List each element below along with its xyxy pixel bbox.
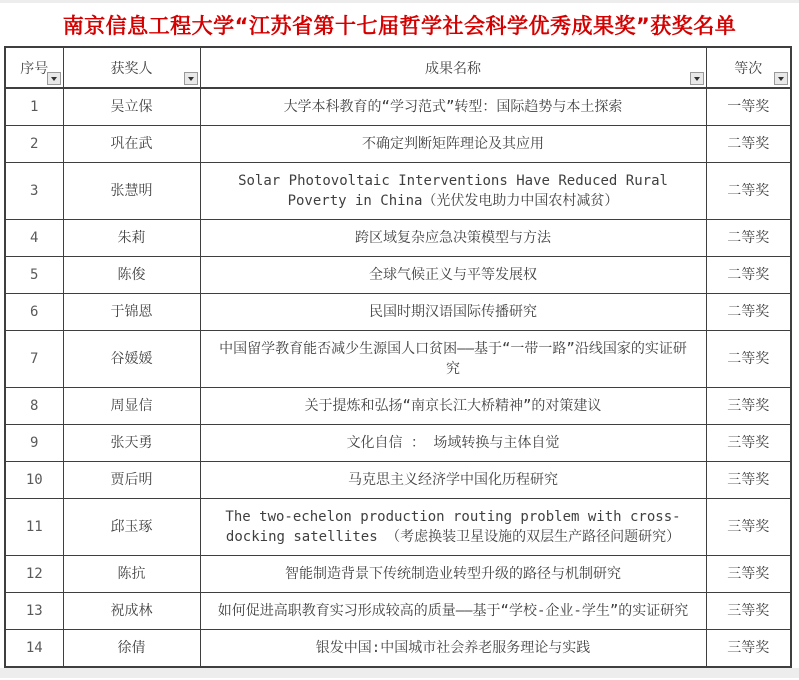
serial-cell: 11 [5,499,63,556]
achievement-cell: 马克思主义经济学中国化历程研究 [200,462,706,499]
winner-cell: 贾后明 [63,462,200,499]
serial-cell: 8 [5,388,63,425]
column-header-achievement-label: 成果名称 [425,61,481,77]
achievement-cell: 银发中国:中国城市社会养老服务理论与实践 [200,630,706,668]
filter-dropdown-button-achievement[interactable] [690,72,704,85]
table-row: 14 徐倩 银发中国:中国城市社会养老服务理论与实践 三等奖 [5,630,791,668]
achievement-cell: 文化自信 ： 场域转换与主体自觉 [200,425,706,462]
grade-cell: 三等奖 [706,462,791,499]
table-row: 2 巩在武 不确定判断矩阵理论及其应用 二等奖 [5,126,791,163]
winner-cell: 陈俊 [63,257,200,294]
winner-cell: 邱玉琢 [63,499,200,556]
grade-cell: 一等奖 [706,88,791,126]
grade-cell: 三等奖 [706,630,791,668]
table-row: 6 于锦恩 民国时期汉语国际传播研究 二等奖 [5,294,791,331]
achievement-cell: 智能制造背景下传统制造业转型升级的路径与机制研究 [200,556,706,593]
grade-cell: 二等奖 [706,257,791,294]
grade-cell: 二等奖 [706,220,791,257]
table-row: 10 贾后明 马克思主义经济学中国化历程研究 三等奖 [5,462,791,499]
serial-cell: 5 [5,257,63,294]
table-row: 1 吴立保 大学本科教育的“学习范式”转型：国际趋势与本土探索 一等奖 [5,88,791,126]
table-row: 7 谷媛媛 中国留学教育能否减少生源国人口贫困——基于“一带一路”沿线国家的实证… [5,331,791,388]
filter-dropdown-button-winner[interactable] [184,72,198,85]
serial-cell: 7 [5,331,63,388]
column-header-winner-label: 获奖人 [111,61,153,77]
column-header-grade-label: 等次 [734,61,762,77]
winner-cell: 徐倩 [63,630,200,668]
serial-cell: 4 [5,220,63,257]
winner-cell: 吴立保 [63,88,200,126]
achievement-cell: The two-echelon production routing probl… [200,499,706,556]
grade-cell: 二等奖 [706,294,791,331]
winner-cell: 谷媛媛 [63,331,200,388]
table-row: 3 张慧明 Solar Photovoltaic Interventions H… [5,163,791,220]
grade-cell: 三等奖 [706,593,791,630]
serial-cell: 13 [5,593,63,630]
winner-cell: 巩在武 [63,126,200,163]
winner-cell: 于锦恩 [63,294,200,331]
triangle-down-icon [51,77,57,81]
winner-cell: 张慧明 [63,163,200,220]
grade-cell: 二等奖 [706,331,791,388]
table-row: 11 邱玉琢 The two-echelon production routin… [5,499,791,556]
table-body: 1 吴立保 大学本科教育的“学习范式”转型：国际趋势与本土探索 一等奖 2 巩在… [5,88,791,667]
winner-cell: 祝成林 [63,593,200,630]
table-row: 8 周显信 关于提炼和弘扬“南京长江大桥精神”的对策建议 三等奖 [5,388,791,425]
achievement-cell: 大学本科教育的“学习范式”转型：国际趋势与本土探索 [200,88,706,126]
column-header-serial: 序号 [5,47,63,88]
grade-cell: 二等奖 [706,126,791,163]
page-title: 南京信息工程大学“江苏省第十七届哲学社会科学优秀成果奖”获奖名单 [63,10,737,40]
achievement-cell: 中国留学教育能否减少生源国人口贫困——基于“一带一路”沿线国家的实证研究 [200,331,706,388]
column-header-achievement: 成果名称 [200,47,706,88]
achievement-cell: 全球气候正义与平等发展权 [200,257,706,294]
serial-cell: 9 [5,425,63,462]
achievement-cell: 如何促进高职教育实习形成较高的质量——基于“学校-企业-学生”的实证研究 [200,593,706,630]
table-row: 4 朱莉 跨区域复杂应急决策模型与方法 二等奖 [5,220,791,257]
achievement-cell: 关于提炼和弘扬“南京长江大桥精神”的对策建议 [200,388,706,425]
serial-cell: 3 [5,163,63,220]
winner-cell: 周显信 [63,388,200,425]
achievement-cell: Solar Photovoltaic Interventions Have Re… [200,163,706,220]
serial-cell: 2 [5,126,63,163]
filter-dropdown-button-serial[interactable] [47,72,61,85]
serial-cell: 10 [5,462,63,499]
bottom-margin-strip [0,668,799,678]
filter-dropdown-button-grade[interactable] [774,72,788,85]
table-row: 9 张天勇 文化自信 ： 场域转换与主体自觉 三等奖 [5,425,791,462]
grade-cell: 三等奖 [706,499,791,556]
triangle-down-icon [778,77,784,81]
serial-cell: 1 [5,88,63,126]
table-row: 5 陈俊 全球气候正义与平等发展权 二等奖 [5,257,791,294]
title-bar: 南京信息工程大学“江苏省第十七届哲学社会科学优秀成果奖”获奖名单 [0,3,799,46]
awards-table: 序号 获奖人 成果名称 等次 1 吴立保 大学本科教育的“学习范式”转型：国际趋… [4,46,792,668]
triangle-down-icon [188,77,194,81]
achievement-cell: 不确定判断矩阵理论及其应用 [200,126,706,163]
table-row: 12 陈抗 智能制造背景下传统制造业转型升级的路径与机制研究 三等奖 [5,556,791,593]
achievement-cell: 跨区域复杂应急决策模型与方法 [200,220,706,257]
winner-cell: 朱莉 [63,220,200,257]
grade-cell: 三等奖 [706,388,791,425]
column-header-serial-label: 序号 [20,61,48,77]
column-header-winner: 获奖人 [63,47,200,88]
serial-cell: 12 [5,556,63,593]
serial-cell: 6 [5,294,63,331]
winner-cell: 张天勇 [63,425,200,462]
serial-cell: 14 [5,630,63,668]
grade-cell: 三等奖 [706,556,791,593]
winner-cell: 陈抗 [63,556,200,593]
achievement-cell: 民国时期汉语国际传播研究 [200,294,706,331]
grade-cell: 二等奖 [706,163,791,220]
header-row: 序号 获奖人 成果名称 等次 [5,47,791,88]
column-header-grade: 等次 [706,47,791,88]
grade-cell: 三等奖 [706,425,791,462]
triangle-down-icon [694,77,700,81]
table-row: 13 祝成林 如何促进高职教育实习形成较高的质量——基于“学校-企业-学生”的实… [5,593,791,630]
